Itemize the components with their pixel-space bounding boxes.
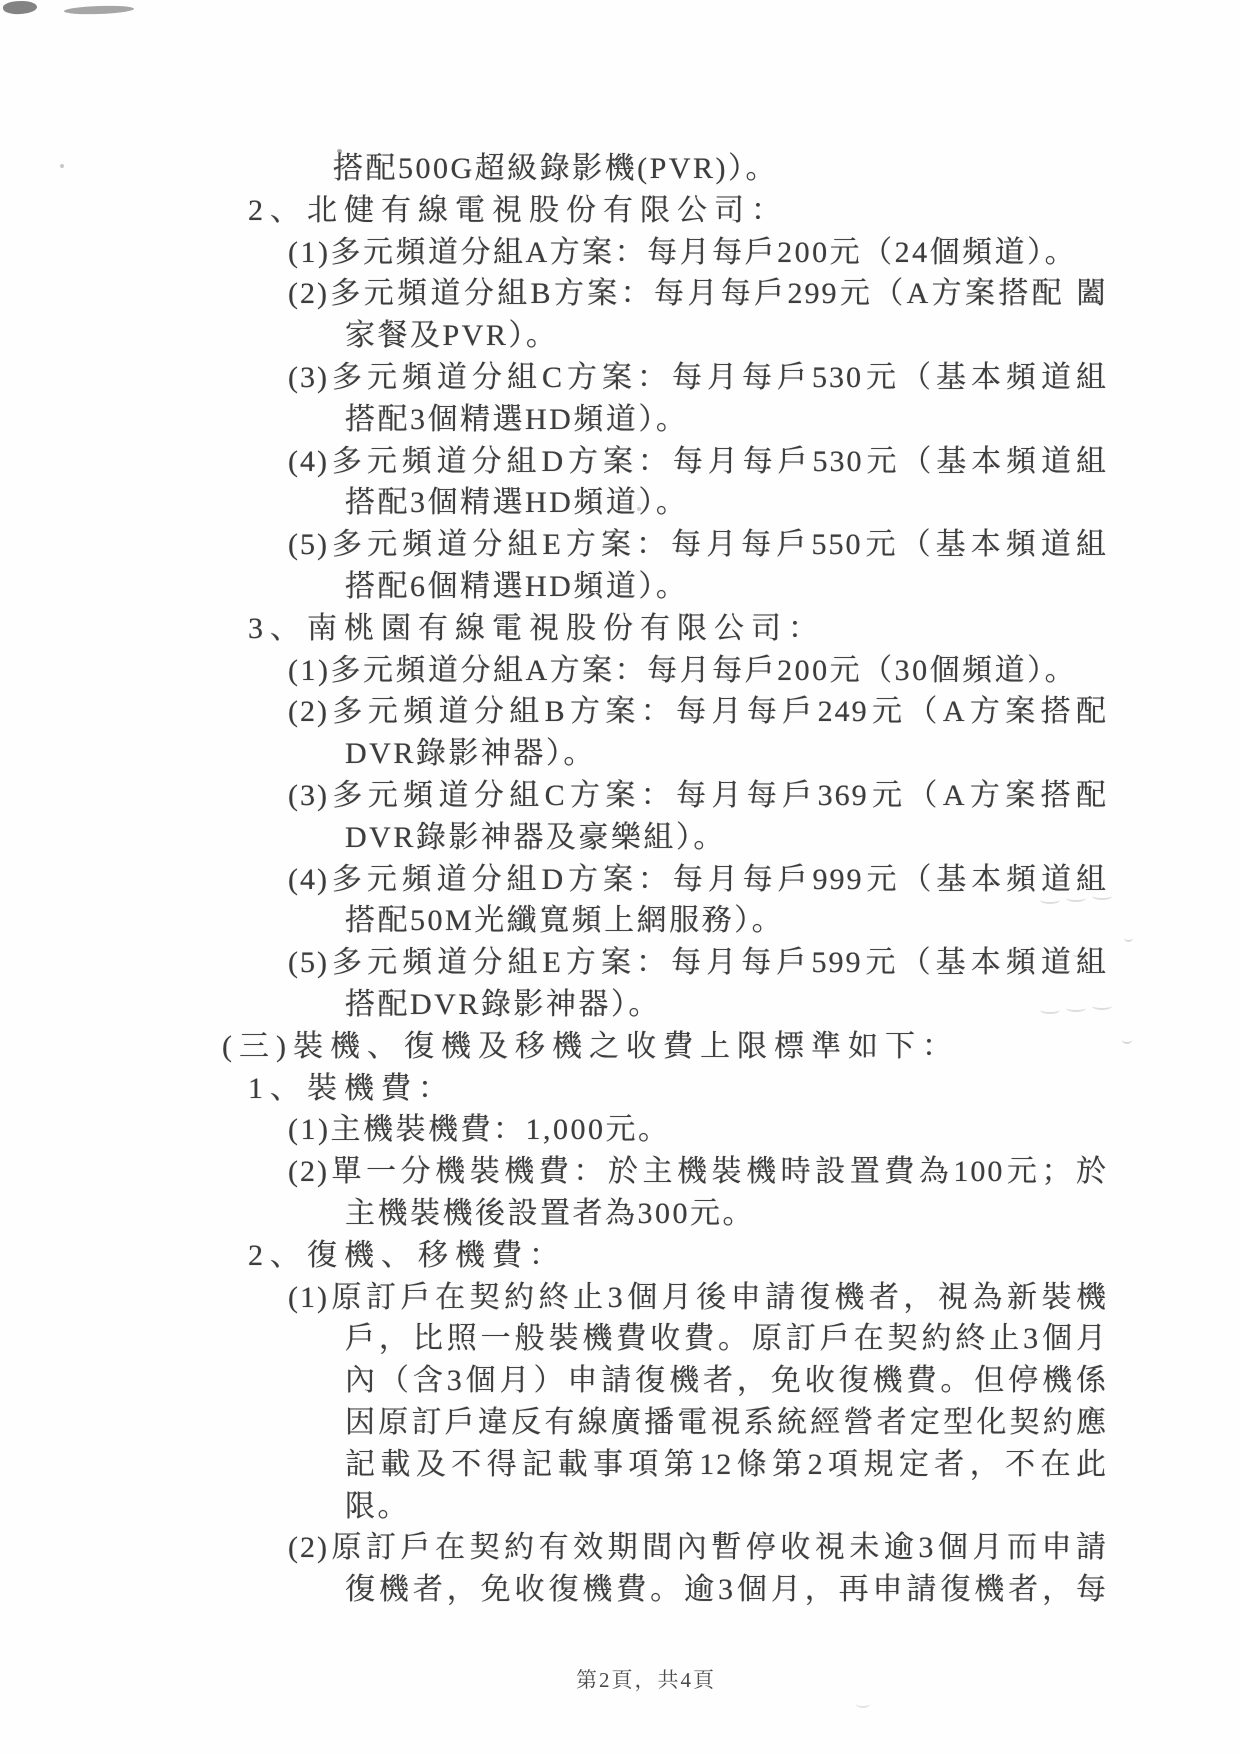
text-line: (2)多元頻道分組B方案：每月每戶299元（A方案搭配 闔	[288, 273, 1108, 315]
text-line: (3)多元頻道分組C方案：每月每戶369元（A方案搭配	[288, 775, 1108, 817]
text-line: 搭配6個精選HD頻道）。	[345, 566, 1240, 608]
text-line: 搭配DVR錄影神器）。	[345, 984, 1240, 1026]
text-line: 3、南桃園有線電視股份有限公司：	[248, 608, 1240, 650]
text-line: (5)多元頻道分組E方案：每月每戶550元（基本頻道組	[288, 524, 1108, 566]
page-number-footer: 第2頁，共4頁	[576, 1664, 716, 1694]
text-line: 1、裝機費：	[248, 1068, 1240, 1110]
text-line: (3)多元頻道分組C方案：每月每戶530元（基本頻道組	[288, 357, 1108, 399]
text-line: 家餐及PVR）。	[345, 315, 1240, 357]
text-line: 2、北健有線電視股份有限公司：	[248, 190, 1240, 232]
text-line: (2)多元頻道分組B方案：每月每戶249元（A方案搭配	[288, 691, 1108, 733]
scan-smudge	[3, 0, 38, 15]
text-line: 搭配50M光纖寬頻上網服務）。	[345, 900, 1240, 942]
text-line: 因原訂戶違反有線廣播電視系統經營者定型化契約應	[345, 1402, 1108, 1444]
text-line: 戶，比照一般裝機費收費。原訂戶在契約終止3個月	[345, 1318, 1108, 1360]
text-line: (5)多元頻道分組E方案：每月每戶599元（基本頻道組	[288, 942, 1108, 984]
text-line: (2)單一分機裝機費：於主機裝機時設置費為100元；於	[288, 1151, 1108, 1193]
text-line: (2)原訂戶在契約有效期間內暫停收視未逾3個月而申請	[288, 1527, 1108, 1569]
text-line: DVR錄影神器）。	[345, 733, 1240, 775]
text-line: (1)多元頻道分組A方案：每月每戶200元（24個頻道）。	[288, 232, 1240, 274]
scan-smudge	[64, 5, 134, 15]
text-line: 搭配3個精選HD頻道）。	[345, 399, 1240, 441]
bleed-through-mark	[856, 1700, 870, 1708]
text-line: 搭配3個精選HD頻道）。	[345, 482, 1240, 524]
document-body: 搭配500G超級錄影機(PVR)）。2、北健有線電視股份有限公司：(1)多元頻道…	[0, 148, 1240, 1611]
text-line: 2、復機、移機費：	[248, 1235, 1240, 1277]
text-line: (4)多元頻道分組D方案：每月每戶999元（基本頻道組	[288, 859, 1108, 901]
text-line: 內（含3個月）申請復機者，免收復機費。但停機係	[345, 1360, 1108, 1402]
text-line: 主機裝機後設置者為300元。	[345, 1193, 1240, 1235]
text-line: (1)主機裝機費：1,000元。	[288, 1109, 1240, 1151]
text-line: 限。	[345, 1486, 1240, 1528]
text-line: (1)原訂戶在契約終止3個月後申請復機者，視為新裝機	[288, 1277, 1108, 1319]
text-line: (三)裝機、復機及移機之收費上限標準如下：	[222, 1026, 1240, 1068]
text-line: (4)多元頻道分組D方案：每月每戶530元（基本頻道組	[288, 441, 1108, 483]
scanned-document-page: 搭配500G超級錄影機(PVR)）。2、北健有線電視股份有限公司：(1)多元頻道…	[0, 0, 1240, 1754]
text-line: 搭配500G超級錄影機(PVR)）。	[333, 148, 1240, 190]
text-line: 復機者，免收復機費。逾3個月，再申請復機者，每	[345, 1569, 1108, 1611]
text-line: 記載及不得記載事項第12條第2項規定者，不在此	[345, 1444, 1108, 1486]
text-line: (1)多元頻道分組A方案：每月每戶200元（30個頻道）。	[288, 650, 1240, 692]
text-line: DVR錄影神器及豪樂組）。	[345, 817, 1240, 859]
